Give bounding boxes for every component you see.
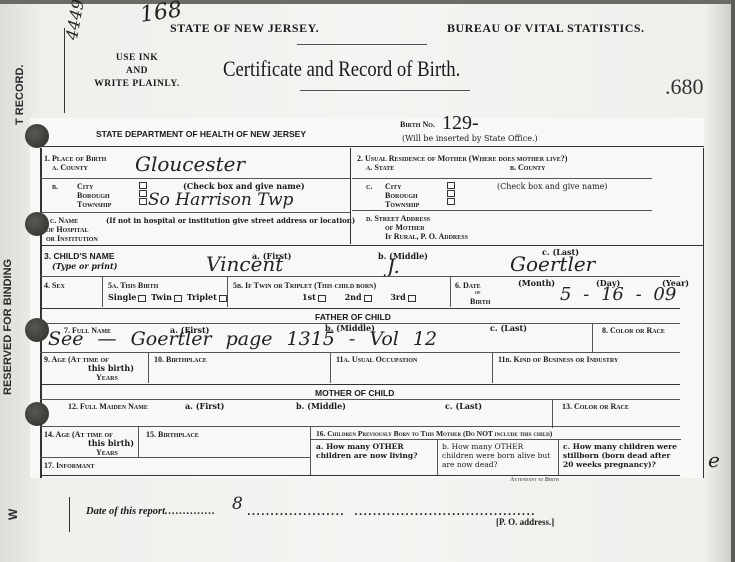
hospital-name-label: c. Name xyxy=(50,216,78,225)
s4-div-2 xyxy=(227,277,228,307)
birth-no-note: (Will be inserted by State Office.) xyxy=(402,134,538,143)
father-name-handwritten: See — Goertler page 1315 - Vol 12 xyxy=(48,328,437,350)
s1-rule-a xyxy=(40,178,350,179)
this-birth-label: 5a. This Birth xyxy=(108,281,158,290)
header-divider xyxy=(64,28,65,113)
father-business-label: 11b. Kind of Business or Industry xyxy=(498,355,618,364)
title-rule-bottom xyxy=(300,90,470,91)
mother-color-divider xyxy=(552,400,553,428)
scanned-certificate-page: T RECORD. RESERVED FOR BINDING W 4449 16… xyxy=(0,0,735,562)
bureau-heading: BUREAU OF VITAL STATISTICS. xyxy=(447,21,645,36)
checkbox-1st[interactable] xyxy=(318,295,326,302)
twin-label: 5b. If Twin or Triplet (This child born) xyxy=(233,281,376,290)
dept-rule xyxy=(40,146,704,147)
handwritten-side-number: 4449 xyxy=(62,0,88,41)
date-of-birth-value: 5 - 16 - 09 xyxy=(560,284,676,305)
margin-record-text: T RECORD. xyxy=(14,65,26,126)
s2-rule-b xyxy=(352,210,652,211)
residence-state-label: a. State xyxy=(366,163,394,172)
child-name-note: (Type or print) xyxy=(52,262,117,271)
father-div-1 xyxy=(148,353,149,383)
city-value: So Harrison Twp xyxy=(148,190,293,210)
child-middle-value: J. xyxy=(387,254,400,278)
option-3rd: 3rd xyxy=(390,292,405,302)
attendant-label: Attendant at Birth xyxy=(510,476,559,485)
form-right-border xyxy=(703,148,704,478)
birth-no-label: Birth No. xyxy=(400,120,435,129)
hospital-label-3: or Institution xyxy=(46,234,98,243)
instruction-line-1: USE INK xyxy=(82,52,192,65)
department-heading: STATE DEPARTMENT OF HEALTH OF NEW JERSEY xyxy=(96,130,306,139)
street-address-label-3: If Rural, P. O. Address xyxy=(385,232,468,241)
po-address-label: [P. O. address.] xyxy=(496,517,554,527)
s1-rule-b xyxy=(40,212,350,213)
birth-no-value: 129- xyxy=(442,112,479,135)
s4-div-1 xyxy=(102,277,103,307)
residence-label: 2. Usual Residence of Mother (Where does… xyxy=(357,154,567,163)
title-rule-top xyxy=(297,44,427,45)
mother-rule-1 xyxy=(40,426,680,427)
mother-color-label: 13. Color or Race xyxy=(562,402,629,411)
report-date-label-text: Date of this report xyxy=(86,506,165,517)
checkbox-twin[interactable] xyxy=(174,295,182,302)
footer-divider xyxy=(69,497,70,532)
child-first-value: Vincent xyxy=(206,252,283,276)
res-checkbox-township[interactable] xyxy=(447,198,455,205)
option-borough: Borough xyxy=(77,191,111,200)
children-div-b xyxy=(558,440,559,475)
father-age-label-3: Years xyxy=(96,373,118,382)
res-option-township: Township xyxy=(385,200,419,209)
scan-top-edge xyxy=(0,0,735,4)
s3-rule xyxy=(40,276,680,277)
option-twin: Twin xyxy=(151,292,172,302)
s4-rule xyxy=(40,308,680,309)
child-name-label: 3. CHILD'S NAME xyxy=(44,252,115,261)
child-last-value: Goertler xyxy=(510,252,595,276)
father-age-label-2: this birth) xyxy=(88,364,134,373)
instructions: USE INK AND WRITE PLAINLY. xyxy=(82,52,192,91)
father-birthplace-label: 10. Birthplace xyxy=(154,355,207,364)
instruction-line-3: WRITE PLAINLY. xyxy=(82,78,192,91)
s1-s2-divider xyxy=(350,148,351,244)
mother-age-label-3: Years xyxy=(96,448,118,457)
city-label-prefix: b. xyxy=(52,182,58,191)
children-divider xyxy=(310,427,311,475)
option-1st: 1st xyxy=(302,292,316,302)
mother-birthplace-label: 15. Birthplace xyxy=(146,430,199,439)
res-option-city: City xyxy=(385,182,419,191)
twin-options: 1st 2nd 3rd xyxy=(302,293,418,302)
margin-bottom-text: W xyxy=(6,509,20,520)
month-label: (Month) xyxy=(518,279,555,288)
instruction-line-2: AND xyxy=(82,65,192,78)
option-triplet: Triplet xyxy=(187,292,217,302)
checkbox-triplet[interactable] xyxy=(219,295,227,302)
mother-middle-label: b. (Middle) xyxy=(296,402,346,411)
res-checkbox-borough[interactable] xyxy=(447,190,455,197)
mother-age-label-2: this birth) xyxy=(88,439,134,448)
father-color-divider xyxy=(592,324,593,352)
res-option-borough: Borough xyxy=(385,191,419,200)
form-left-border xyxy=(40,148,42,478)
county-label: a. County xyxy=(52,163,88,172)
certificate-title: Certificate and Record of Birth. xyxy=(223,56,460,82)
mother-heading-rule xyxy=(40,399,680,400)
father-div-2 xyxy=(330,353,331,383)
report-date-label: Date of this report.............. xyxy=(86,506,216,517)
res-checkbox-city[interactable] xyxy=(447,182,455,189)
option-township: Township xyxy=(77,200,111,209)
children-question-b: b. How many OTHER children were born ali… xyxy=(442,442,554,469)
father-bottom-rule xyxy=(40,384,680,385)
mother-last-label: c. (Last) xyxy=(445,402,482,411)
children-label: 16. Children Previously Born to This Mot… xyxy=(316,429,552,438)
binding-hole-3 xyxy=(25,318,49,342)
date-of-birth-label-3: Birth xyxy=(470,297,490,306)
informant-label: 17. Informant xyxy=(44,461,94,470)
father-occupation-label: 11a. Usual Occupation xyxy=(336,355,417,364)
res-city-prefix: c. xyxy=(366,182,372,191)
binding-hole-4 xyxy=(25,402,49,426)
checkbox-3rd[interactable] xyxy=(408,295,416,302)
place-of-birth-label: 1. Place of Birth xyxy=(44,154,106,163)
s2-bottom-rule xyxy=(40,245,704,246)
binding-hole-2 xyxy=(25,212,49,236)
father-div-3 xyxy=(492,353,493,383)
option-single: Single xyxy=(108,292,136,302)
residence-county-label: b. County xyxy=(510,163,545,172)
certificate-form: STATE DEPARTMENT OF HEALTH OF NEW JERSEY… xyxy=(30,118,704,478)
mother-rule-2 xyxy=(40,457,310,458)
hospital-label-2: of Hospital xyxy=(46,225,88,234)
mother-heading: MOTHER OF CHILD xyxy=(315,389,394,398)
children-question-c: c. How many children were stillborn (bor… xyxy=(563,442,681,469)
option-2nd: 2nd xyxy=(345,292,362,302)
mother-first-label: a. (First) xyxy=(185,402,224,411)
checkbox-city[interactable] xyxy=(139,182,147,189)
children-rule xyxy=(311,439,681,440)
margin-binding-text: RESERVED FOR BINDING xyxy=(2,259,14,395)
state-heading: STATE OF NEW JERSEY. xyxy=(170,21,319,36)
child-middle-label: b. (Middle) xyxy=(378,252,428,261)
city-options: City Borough Township xyxy=(77,182,111,209)
margin-handwritten-mark: e xyxy=(708,448,720,472)
stamp-number: .680 xyxy=(665,74,704,100)
report-date-value: 8 xyxy=(232,494,243,514)
father-last-label: c. (Last) xyxy=(490,324,527,333)
s2-rule-a xyxy=(352,178,652,179)
res-city-checkboxes xyxy=(445,181,457,205)
checkbox-township[interactable] xyxy=(139,198,147,205)
mother-bottom-rule xyxy=(40,475,680,476)
res-city-options: City Borough Township xyxy=(385,182,419,209)
checkbox-borough[interactable] xyxy=(139,190,147,197)
option-city: City xyxy=(77,182,111,191)
children-question-a: a. How many OTHER children are now livin… xyxy=(316,442,434,460)
sex-label: 4. Sex xyxy=(44,281,65,290)
hospital-name-note: (If not in hospital or institution give … xyxy=(106,216,355,225)
children-div-a xyxy=(437,440,438,475)
mother-maiden-label: 12. Full Maiden Name xyxy=(68,402,148,411)
mother-div-1 xyxy=(138,427,139,457)
this-birth-options: Single Twin Triplet xyxy=(108,293,229,302)
county-value: Gloucester xyxy=(135,152,245,176)
report-dotted-line: ..................... ..................… xyxy=(247,506,536,518)
checkbox-2nd[interactable] xyxy=(364,295,372,302)
scan-right-edge xyxy=(731,0,735,562)
s4-div-3 xyxy=(450,277,451,307)
res-check-note: (Check box and give name) xyxy=(497,182,607,191)
father-color-label: 8. Color or Race xyxy=(602,326,665,335)
checkbox-single[interactable] xyxy=(138,295,146,302)
street-address-label-2: of Mother xyxy=(385,223,425,232)
binding-hole-1 xyxy=(25,124,49,148)
father-heading: FATHER OF CHILD xyxy=(315,313,391,322)
father-rule-1 xyxy=(40,352,680,353)
street-address-label: d. Street Address xyxy=(366,214,430,223)
